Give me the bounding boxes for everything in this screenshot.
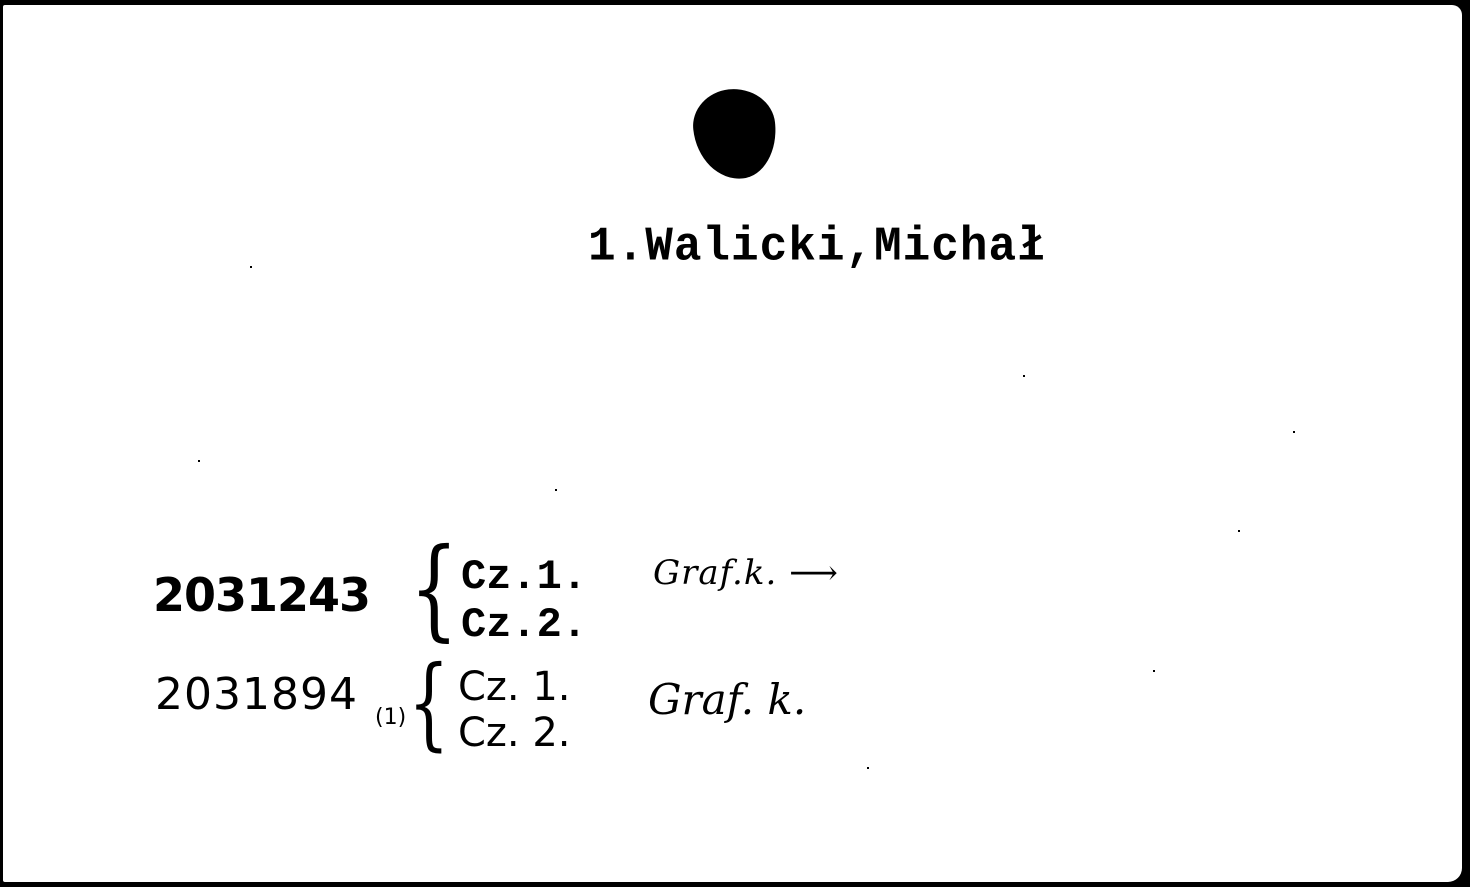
entry-2-subscript: (1) — [375, 705, 406, 730]
entry-2-part-1: Cz. 1. — [458, 665, 571, 709]
punch-hole-icon — [690, 85, 781, 183]
speck — [1023, 375, 1025, 377]
entry-2-part-2: Cz. 2. — [458, 711, 571, 755]
entry-1-note-text: Graf.k. — [653, 553, 777, 593]
entry-1-note: Graf.k. ⟶ — [653, 553, 839, 593]
brace-icon: { — [410, 533, 459, 643]
catalog-card: 1.Walicki,Michał 2031243 { Cz.1. Cz.2. G… — [3, 5, 1462, 882]
entry-1-part-1: Cz.1. — [461, 553, 587, 601]
speck — [555, 489, 557, 491]
card-title: 1.Walicki,Michał — [588, 220, 1046, 275]
entry-1-part-2: Cz.2. — [461, 601, 587, 649]
brace-icon: { — [408, 653, 449, 753]
entry-1-number: 2031243 — [153, 568, 370, 622]
speck — [867, 767, 869, 769]
entry-2-number: 2031894 — [155, 669, 358, 720]
arrow-icon: ⟶ — [789, 553, 839, 593]
entry-2-note: Graf. k. — [648, 675, 806, 724]
speck — [250, 266, 252, 268]
speck — [1238, 530, 1240, 532]
speck — [198, 460, 200, 462]
speck — [1153, 670, 1155, 672]
speck — [1293, 431, 1295, 433]
